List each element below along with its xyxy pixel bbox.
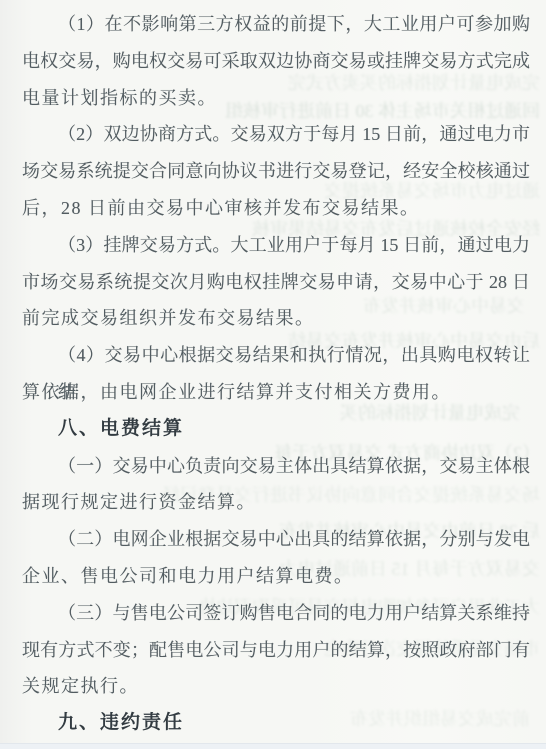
clause-1-line-2: 电权交易，购电权交易可采取双边协商交易或挂牌交易方式完成 bbox=[22, 43, 530, 80]
clause-1: （1）在不影响第三方权益的前提下，大工业用户可参加购电权交易，购电权交易可采取双… bbox=[22, 6, 530, 116]
clause-4: （4）交易中心根据交易结果和执行情况，出具购电权转让结算依据，由电网企业进行结算… bbox=[22, 337, 530, 411]
clause-8-1-line-2: 据现行规定进行资金结算。 bbox=[22, 484, 530, 521]
clause-3-line-1: （3）挂牌交易方式。大工业用户于每月 15 日前，通过电力 bbox=[22, 227, 530, 264]
clause-3-line-3: 前完成交易组织并发布交易结果。 bbox=[22, 300, 530, 337]
clause-1-line-3: 电量计划指标的买卖。 bbox=[22, 80, 530, 117]
clause-8-3-line-2: 现有方式不变；配售电公司与电力用户的结算，按照政府部门有 bbox=[22, 632, 530, 669]
section-9-heading-line-1: 九、违约责任 bbox=[22, 705, 530, 742]
clause-8-1: （一）交易中心负责向交易主体出具结算依据，交易主体根据现行规定进行资金结算。 bbox=[22, 448, 530, 522]
clause-8-2-line-1: （二）电网企业根据交易中心出具的结算依据，分别与发电 bbox=[22, 521, 530, 558]
scan-bottom-edge bbox=[0, 743, 546, 749]
clause-1-line-1: （1）在不影响第三方权益的前提下，大工业用户可参加购 bbox=[22, 6, 530, 43]
document-body: （1）在不影响第三方权益的前提下，大工业用户可参加购电权交易，购电权交易可采取双… bbox=[22, 6, 530, 742]
clause-2-line-2: 场交易系统提交合同意向协议书进行交易登记，经安全校核通过 bbox=[22, 153, 530, 190]
clause-4-line-1: （4）交易中心根据交易结果和执行情况，出具购电权转让结 bbox=[22, 337, 530, 374]
clause-2-line-1: （2）双边协商方式。交易双方于每月 15 日前，通过电力市 bbox=[22, 116, 530, 153]
section-8-heading-line-1: 八、电费结算 bbox=[22, 411, 530, 448]
clause-8-2: （二）电网企业根据交易中心出具的结算依据，分别与发电企业、售电公司和电力用户结算… bbox=[22, 521, 530, 595]
clause-8-2-line-2: 企业、售电公司和电力用户结算电费。 bbox=[22, 558, 530, 595]
clause-2: （2）双边协商方式。交易双方于每月 15 日前，通过电力市场交易系统提交合同意向… bbox=[22, 116, 530, 226]
clause-2-line-3: 后，28 日前由交易中心审核并发布交易结果。 bbox=[22, 190, 530, 227]
clause-4-line-2: 算依据，由电网企业进行结算并支付相关方费用。 bbox=[22, 374, 530, 411]
section-8-heading: 八、电费结算 bbox=[22, 411, 530, 448]
clause-3: （3）挂牌交易方式。大工业用户于每月 15 日前，通过电力市场交易系统提交次月购… bbox=[22, 227, 530, 337]
clause-3-line-2: 市场交易系统提交次月购电权挂牌交易申请，交易中心于 28 日 bbox=[22, 264, 530, 301]
clause-8-1-line-1: （一）交易中心负责向交易主体出具结算依据，交易主体根 bbox=[22, 448, 530, 485]
section-9-heading: 九、违约责任 bbox=[22, 705, 530, 742]
clause-8-3: （三）与售电公司签订购售电合同的电力用户结算关系维持现有方式不变；配售电公司与电… bbox=[22, 595, 530, 705]
clause-8-3-line-3: 关规定执行。 bbox=[22, 668, 530, 705]
clause-8-3-line-1: （三）与售电公司签订购售电合同的电力用户结算关系维持 bbox=[22, 595, 530, 632]
